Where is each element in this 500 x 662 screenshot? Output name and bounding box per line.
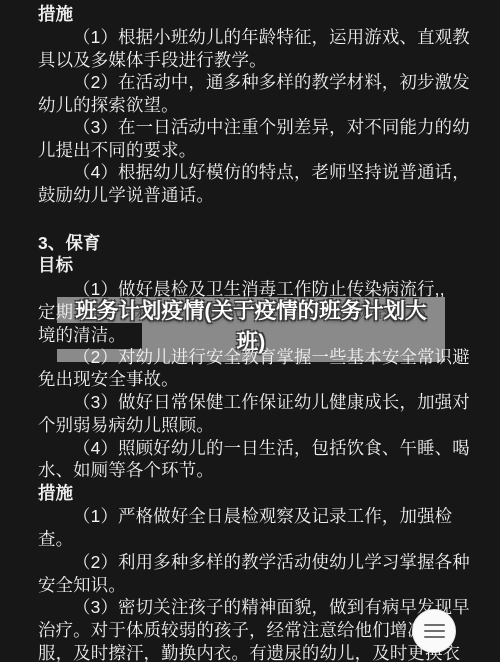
- menu-fab-button[interactable]: [412, 609, 456, 653]
- text-line: 儿提出不同的要求。: [38, 138, 196, 162]
- text-line: （2）利用多种多样的教学活动使幼儿学习掌握各种: [73, 550, 470, 574]
- text-line: 免出现安全事故。: [38, 367, 179, 391]
- document-page: 措施（1）根据小班幼儿的年龄特征，运用游戏、直观教具以及多媒体手段进行教学。（2…: [0, 0, 500, 662]
- text-line: （2）在活动中，通多种多样的教学材料，初步激发: [73, 70, 470, 94]
- text-line: 幼儿的探索欲望。: [38, 93, 179, 117]
- text-line: （1）严格做好全日晨检观察及记录工作，加强检: [73, 504, 452, 528]
- text-line: 目标: [38, 253, 73, 277]
- text-line: 个别弱易病幼儿照顾。: [38, 413, 214, 437]
- text-line: 措施: [38, 2, 73, 26]
- text-line: 3、保育: [38, 231, 101, 255]
- text-line: 水、如厕等各个环节。: [38, 458, 214, 482]
- text-line: 服，及时擦汗，勤换内衣。有遗尿的幼儿，及时更换衣: [38, 641, 460, 662]
- text-line: （3）在一日活动中注重个别差异，对不同能力的幼: [73, 115, 470, 139]
- text-line: 具以及多媒体手段进行教学。: [38, 48, 267, 72]
- text-line: 定期: [38, 300, 73, 324]
- text-line: （3）做好日常保健工作保证幼儿健康成长，加强对: [73, 390, 470, 414]
- text-line: 治疗。对于体质较弱的孩子，经常注意给他们增减衣: [38, 618, 443, 642]
- text-line: 查。: [38, 527, 73, 551]
- text-line: （2）对幼儿进行安全教育掌握一些基本安全常识避: [73, 345, 470, 369]
- text-line: 鼓励幼儿学说普通话。: [38, 183, 214, 207]
- text-line: （4）根据幼儿好模仿的特点，老师坚持说普通话，: [73, 160, 470, 184]
- text-line: （1）根据小班幼儿的年龄特征，运用游戏、直观教: [73, 25, 470, 49]
- text-line: 措施: [38, 481, 73, 505]
- text-line: 安全知识。: [38, 573, 126, 597]
- text-line: （4）照顾好幼儿的一日生活，包括饮食、午睡、喝: [73, 436, 470, 460]
- text-line: （3）密切关注孩子的精神面貌，做到有病早发现早: [73, 595, 470, 619]
